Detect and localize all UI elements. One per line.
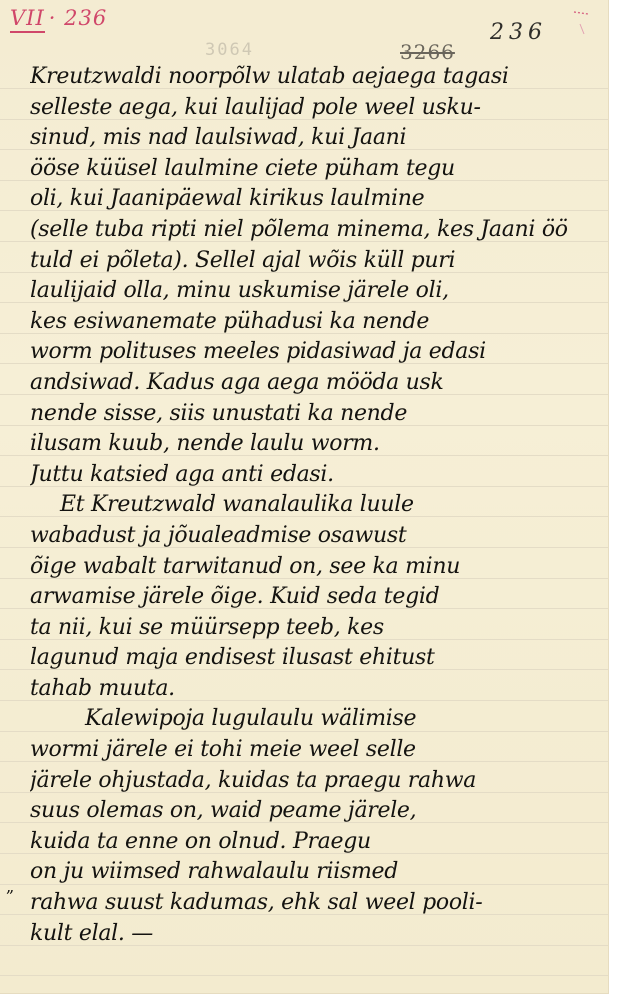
text-line: oli, kui Jaanipäewal kirikus laulmine [30, 184, 590, 215]
archive-mark-dot: · [49, 6, 57, 30]
ruling-line [0, 975, 608, 976]
struck-old-number: 3266 [400, 40, 455, 64]
text-line: õige wabalt tarwitanud on, see ka minu [30, 552, 590, 583]
text-line: (selle tuba ripti niel põlema minema, ke… [30, 215, 590, 246]
text-line: lagunud maja endisest ilusast ehitust [30, 643, 590, 674]
text-line: kes esiwanemate pühadusi ka nende [30, 307, 590, 338]
text-line: kuida ta enne on olnud. Praegu [30, 827, 590, 858]
text-line: selleste aega, kui laulijad pole weel us… [30, 93, 590, 124]
archive-mark-roman: VII [10, 6, 45, 33]
text-line: tahab muuta. [30, 674, 590, 705]
handwritten-text-body: Kreutzwaldi noorpõlw ulatab aejaega taga… [30, 62, 590, 949]
text-line: ööse küüsel laulmine ciete püham tegu [30, 154, 590, 185]
text-line: Kreutzwaldi noorpõlw ulatab aejaega taga… [30, 62, 590, 93]
text-line: wormi järele ei tohi meie weel selle [30, 735, 590, 766]
text-line: laulijaid olla, minu uskumise järele oli… [30, 276, 590, 307]
text-line: ilusam kuub, nende laulu worm. [30, 429, 590, 460]
paragraph-start-line: Kalewipoja lugulaulu wälimise [30, 704, 590, 735]
archive-mark-number: 236 [64, 6, 107, 30]
text-line: sinud, mis nad laulsiwad, kui Jaani [30, 123, 590, 154]
red-pencil-marks-icon [572, 8, 592, 38]
text-line: ta nii, kui se müürsepp teeb, kes [30, 613, 590, 644]
text-line: arwamise järele õige. Kuid seda tegid [30, 582, 590, 613]
faded-stamp-number: 3064 [205, 40, 254, 60]
text-line: wabadust ja jõualeadmise osawust [30, 521, 590, 552]
text-line: on ju wiimsed rahwalaulu riismed [30, 857, 590, 888]
text-line: tuld ei põleta). Sellel ajal wõis küll p… [30, 246, 590, 277]
margin-mark: „ [6, 877, 14, 896]
page-number: 236 [490, 20, 547, 45]
text-line: worm polituses meeles pidasiwad ja edasi [30, 337, 590, 368]
text-line: järele ohjustada, kuidas ta praegu rahwa [30, 766, 590, 797]
text-line: nende sisse, siis unustati ka nende [30, 399, 590, 430]
paragraph-start-line: Et Kreutzwald wanalaulika luule [30, 490, 590, 521]
text-line: rahwa suust kadumas, ehk sal weel pooli- [30, 888, 590, 919]
text-line: kult elal. — [30, 919, 590, 950]
archive-mark: VII· 236 [10, 6, 107, 30]
text-line: Juttu katsied aga anti edasi. [30, 460, 590, 491]
text-line: suus olemas on, waid peame järele, [30, 796, 590, 827]
manuscript-page: VII· 236 3064 3266 236 Kreutzwaldi noorp… [0, 0, 609, 994]
text-line: andsiwad. Kadus aga aega mööda usk [30, 368, 590, 399]
